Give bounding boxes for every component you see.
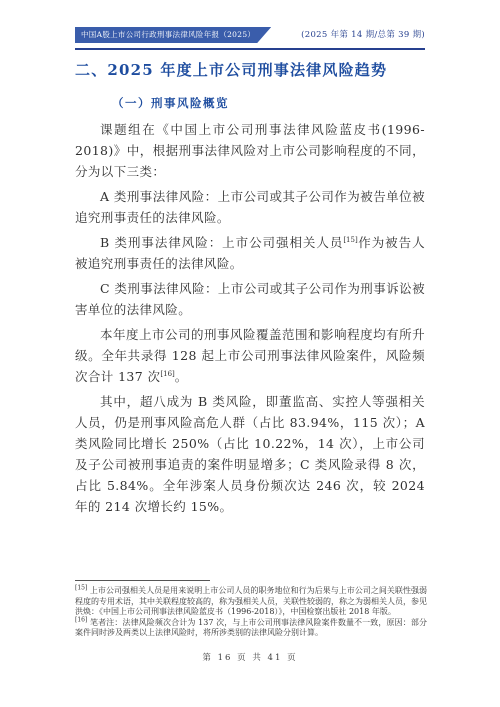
paragraph-class-c: C 类刑事法律风险：上市公司或其子公司作为刑事诉讼被害单位的法律风险。 [75,278,425,320]
page-header: 中国A股上市公司行政刑事法律风险年报（2025） (2025 年第 14 期/总… [75,27,425,50]
paragraph-class-b: B 类刑事法律风险：上市公司强相关人员[15]作为被告人被追究刑事责任的法律风险… [75,232,425,274]
footnote-16: [16] 笔者注：法律风险频次合计为 137 次，与上市公司刑事法律风险案件数量… [75,618,427,639]
paragraph-yearly-summary-text: 本年度上市公司的刑事风险覆盖范围和影响程度均有所升级。全年共录得 128 起上市… [75,327,425,384]
paragraph-class-b-text: B 类刑事法律风险：上市公司强相关人员 [100,235,343,250]
page-footer: 第 16 页 共 41 页 [0,651,500,663]
report-title-label: 中国A股上市公司行政刑事法律风险年报（2025） [81,30,255,39]
footnote-16-marker: [16] [75,616,87,623]
document-page: 中国A股上市公司行政刑事法律风险年报（2025） (2025 年第 14 期/总… [0,0,500,707]
section-title: 二、2025 年度上市公司刑事法律风险趋势 [75,58,425,82]
paragraph-yearly-summary-text-cont: 。 [175,369,188,384]
footnote-ref-15: [15] [343,236,357,244]
footnote-16-text: 笔者注：法律风险频次合计为 137 次，与上市公司刑事法律风险案件数量不一致，原… [75,618,427,638]
footnote-15: [15] 上市公司强相关人员是用来说明上市公司人员的职务地位和行为后果与上市公司… [75,586,427,618]
paragraph-statistics: 其中，超八成为 B 类风险，即董监高、实控人等强相关人员，仍是刑事风险高危人群（… [75,391,425,517]
footnotes-section: [15] 上市公司强相关人员是用来说明上市公司人员的职务地位和行为后果与上市公司… [75,580,427,639]
paragraph-class-a: A 类刑事法律风险：上市公司或其子公司作为被告单位被追究刑事责任的法律风险。 [75,186,425,228]
page-number-label: 第 16 页 共 41 页 [202,653,297,663]
paragraph-yearly-summary: 本年度上市公司的刑事风险覆盖范围和影响程度均有所升级。全年共录得 128 起上市… [75,324,425,387]
footnote-divider [75,580,210,581]
issue-info-label: (2025 年第 14 期/总第 39 期) [301,27,425,43]
footnote-15-marker: [15] [75,584,87,591]
report-title-banner: 中国A股上市公司行政刑事法律风险年报（2025） [75,27,271,43]
main-content: 二、2025 年度上市公司刑事法律风险趋势 （一）刑事风险概览 课题组在《中国上… [75,58,425,517]
footnote-15-text: 上市公司强相关人员是用来说明上市公司人员的职务地位和行为后果与上市公司之间关联性… [75,586,427,616]
footnote-ref-16: [16] [160,370,174,378]
paragraph-intro: 课题组在《中国上市公司刑事法律风险蓝皮书(1996-2018)》中，根据刑事法律… [75,119,425,182]
body-text: 课题组在《中国上市公司刑事法律风险蓝皮书(1996-2018)》中，根据刑事法律… [75,119,425,517]
subsection-title: （一）刑事风险概览 [75,95,425,111]
